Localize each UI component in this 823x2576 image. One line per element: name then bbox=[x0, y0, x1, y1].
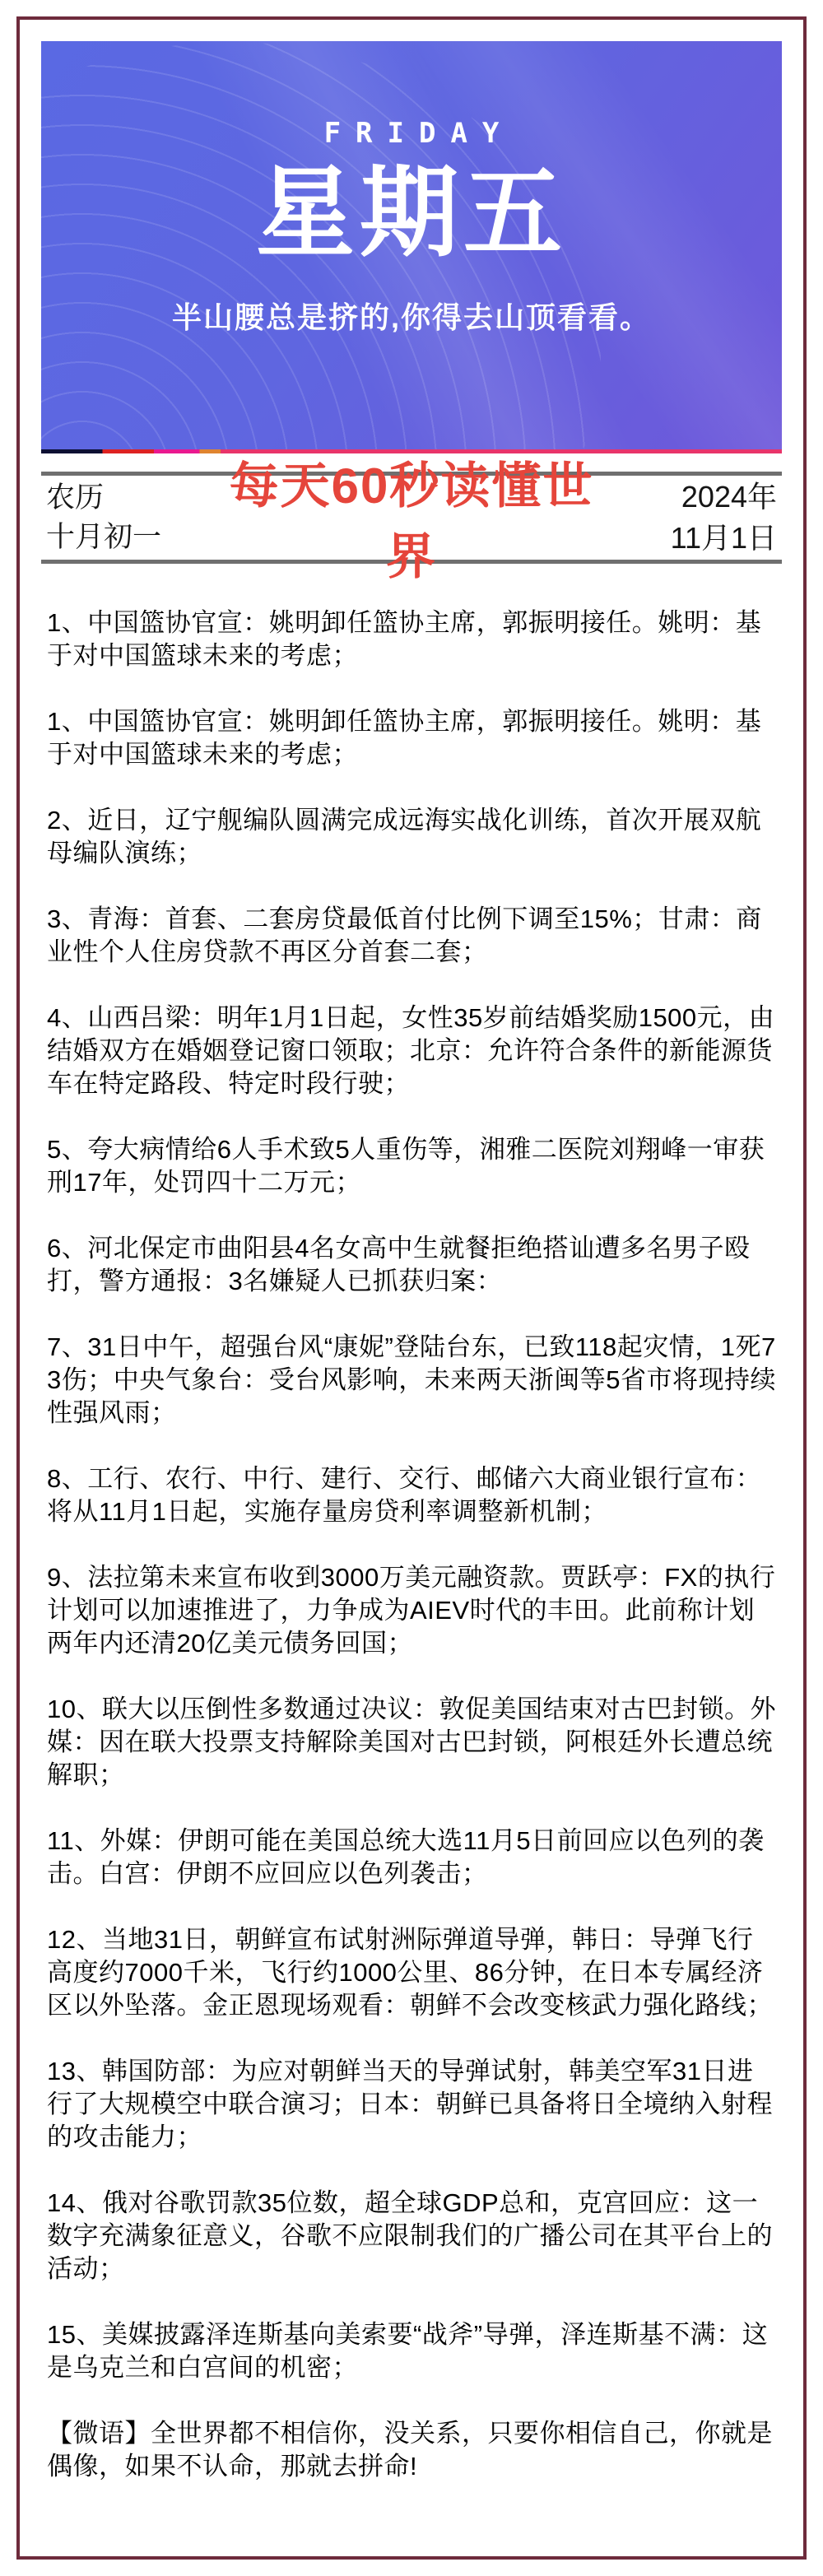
header-banner: FRIDAY 星期五 半山腰总是挤的,你得去山顶看看。 bbox=[41, 41, 782, 453]
gregorian-date-block: 2024年 11月1日 bbox=[604, 477, 777, 559]
footer-quote: 【微语】全世界都不相信你，没关系，只要你相信自己，你就是偶像，如果不认命，那就去… bbox=[47, 2417, 776, 2483]
news-list: 1、中国篮协官宣：姚明卸任篮协主席，郭振明接任。姚明：基于对中国篮球未来的考虑；… bbox=[23, 565, 800, 2516]
news-item-9: 9、法拉第未来宣布收到3000万美元融资款。贾跃亭：FX的执行计划可以加速推进了… bbox=[47, 1561, 776, 1660]
news-item-7: 7、31日中午，超强台风“康妮”登陆台东，已致118起灾情，1死73伤；中央气象… bbox=[47, 1331, 776, 1430]
date-label: 11月1日 bbox=[604, 518, 777, 559]
news-item-1: 1、中国篮协官宣：姚明卸任篮协主席，郭振明接任。姚明：基于对中国篮球未来的考虑； bbox=[47, 607, 776, 672]
banner-color-strip bbox=[41, 449, 782, 453]
year-label: 2024年 bbox=[604, 477, 777, 518]
weekday-english-label: FRIDAY bbox=[41, 117, 782, 150]
news-item-14: 14、俄对谷歌罚款35位数，超全球GDP总和，克宫回应：这一数字充满象征意义，谷… bbox=[47, 2187, 776, 2285]
page-border: FRIDAY 星期五 半山腰总是挤的,你得去山顶看看。 农历 十月初一 每天60… bbox=[16, 16, 807, 2560]
news-item-3: 3、青海：首套、二套房贷最低首付比例下调至15%；甘肃：商业性个人住房贷款不再区… bbox=[47, 903, 776, 969]
news-item-10: 10、联大以压倒性多数通过决议：敦促美国结束对古巴封锁。外媒：因在联大投票支持解… bbox=[47, 1693, 776, 1792]
lunar-date: 十月初一 bbox=[46, 518, 219, 557]
daily-news-card: FRIDAY 星期五 半山腰总是挤的,你得去山顶看看。 农历 十月初一 每天60… bbox=[0, 0, 823, 2576]
news-item-5: 5、夸大病情给6人手术致5人重伤等，湘雅二医院刘翔峰一审获刑17年，处罚四十二万… bbox=[47, 1133, 776, 1199]
lunar-label: 农历 bbox=[46, 478, 219, 518]
news-item-4: 4、山西吕梁：明年1月1日起，女性35岁前结婚奖励1500元，由结婚双方在婚姻登… bbox=[47, 1002, 776, 1100]
news-item-6: 6、河北保定市曲阳县4名女高中生就餐拒绝搭讪遭多名男子殴打，警方通报：3名嫌疑人… bbox=[47, 1232, 776, 1298]
news-item-15: 15、美媒披露泽连斯基向美索要“战斧”导弹，泽连斯基不满：这是乌克兰和白宫间的机… bbox=[47, 2318, 776, 2384]
banner-quote: 半山腰总是挤的,你得去山顶看看。 bbox=[41, 295, 782, 337]
news-item-13: 13、韩国防部：为应对朝鲜当天的导弹试射，韩美空军31日进行了大规模空中联合演习… bbox=[47, 2055, 776, 2154]
news-item-12: 12、当地31日，朝鲜宣布试射洲际弹道导弹，韩日：导弹飞行高度约7000千米，飞… bbox=[47, 1923, 776, 2022]
news-item-8: 8、工行、农行、中行、建行、交行、邮储六大商业银行宣布：将从11月1日起，实施存… bbox=[47, 1462, 776, 1528]
news-item-1-duplicate: 1、中国篮协官宣：姚明卸任篮协主席，郭振明接任。姚明：基于对中国篮球未来的考虑； bbox=[47, 705, 776, 771]
news-item-2: 2、近日，辽宁舰编队圆满完成远海实战化训练，首次开展双航母编队演练； bbox=[47, 804, 776, 870]
lunar-date-block: 农历 十月初一 bbox=[46, 478, 219, 557]
news-item-11: 11、外媒：伊朗可能在美国总统大选11月5日前回应以色列的袭击。白宫：伊朗不应回… bbox=[47, 1825, 776, 1890]
date-bar: 农历 十月初一 每天60秒读懂世界 2024年 11月1日 bbox=[41, 472, 782, 564]
weekday-chinese-title: 星期五 bbox=[41, 156, 782, 270]
